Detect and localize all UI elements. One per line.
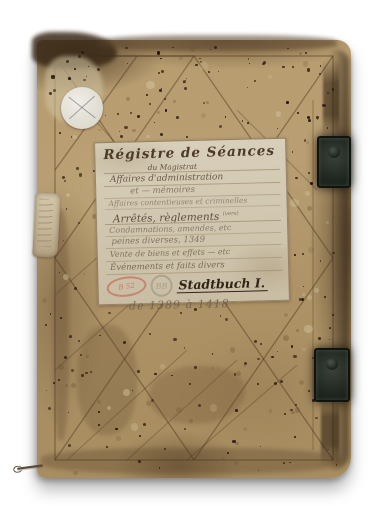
clasp-boss [326,358,338,370]
handwritten-paper-label: Régistre de Séances du Magistrat Affaire… [94,138,290,306]
strap-mark-top [323,60,339,138]
strap-mark-bottom [321,396,339,466]
photo-of-old-register-book: Régistre de Séances du Magistrat Affaire… [0,0,375,510]
round-sticker [61,87,103,129]
stadtbuch-title: Stadtbuch I. [176,275,267,293]
book-cover: Régistre de Séances du Magistrat Affaire… [37,40,351,478]
metal-clasp-top [317,136,351,188]
spine-label-fragment [32,192,60,257]
red-oval-stamp: B 52 [106,274,147,299]
round-ink-stamp: BB [150,274,173,297]
clasp-boss [328,146,340,158]
metal-clasp-bottom [314,348,350,402]
label-superscript: (vers) [223,211,239,217]
